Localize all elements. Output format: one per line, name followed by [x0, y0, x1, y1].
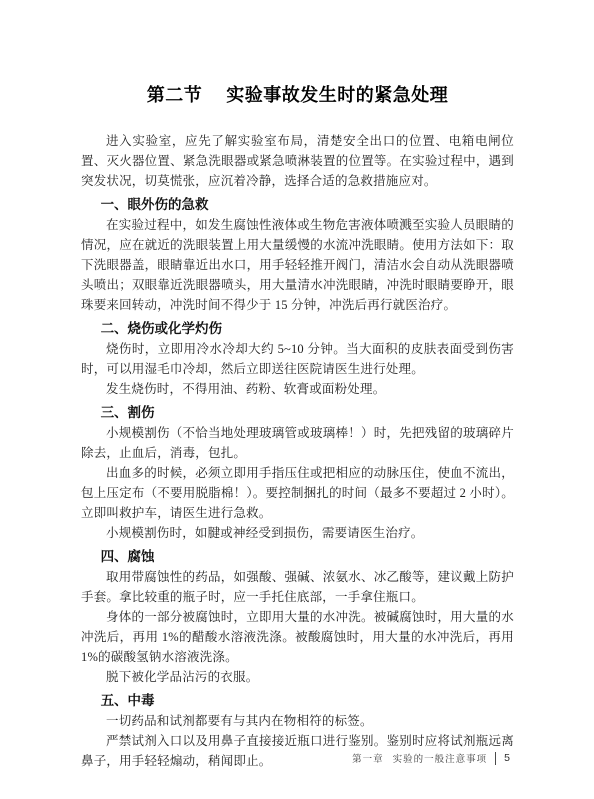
paragraph-burns-1: 烧伤时，立即用冷水冷却大约 5~10 分钟。当大面积的皮肤表面受到伤害时，可以用… [81, 339, 514, 379]
paragraph-corrosion-1: 取用带腐蚀性的药品，如强酸、强碱、浓氨水、冰乙酸等，建议戴上防护手套。拿比较重的… [81, 567, 514, 607]
subsection-heading-eye-injury: 一、眼外伤的急救 [81, 195, 514, 215]
subsection-heading-burns: 二、烧伤或化学灼伤 [81, 319, 514, 339]
paragraph-cuts-1: 小规模割伤（不恰当地处理玻璃管或玻璃棒！）时，先把残留的玻璃碎片除去，止血后，消… [81, 423, 514, 463]
subsection-heading-corrosion: 四、腐蚀 [81, 547, 514, 567]
paragraph-eye-injury-1: 在实验过程中，如发生腐蚀性液体或生物危害液体喷溅至实验人员眼睛的情况，应在就近的… [81, 215, 514, 315]
section-title-text: 实验事故发生时的紧急处理 [226, 85, 448, 105]
paragraph-burns-2: 发生烧伤时，不得用油、药粉、软膏或面粉处理。 [81, 379, 514, 399]
paragraph-cuts-2: 出血多的时候，必须立即用手指压住或把相应的动脉压住，使血不流出，包上压定布（不要… [81, 463, 514, 523]
footer-page-number: 5 [504, 752, 511, 764]
intro-paragraph: 进入实验室，应先了解实验室布局，清楚安全出口的位置、电箱电闸位置、灭火器位置、紧… [81, 131, 514, 191]
paragraph-corrosion-3: 脱下被化学品沾污的衣服。 [81, 667, 514, 687]
subsection-heading-poisoning: 五、中毒 [81, 691, 514, 711]
footer-chapter-title: 实验的一般注意事项 [393, 751, 488, 765]
paragraph-cuts-3: 小规模割伤时，如腱或神经受到损伤，需要请医生治疗。 [81, 523, 514, 543]
paragraph-corrosion-2: 身体的一部分被腐蚀时，立即用大量的水冲洗。被碱腐蚀时，用大量的水冲洗后，再用 1… [81, 607, 514, 667]
footer-divider [495, 752, 496, 765]
page-footer: 第一章 实验的一般注意事项 5 [0, 751, 594, 765]
paragraph-poisoning-1: 一切药品和试剂都要有与其内在物相符的标签。 [81, 711, 514, 731]
page-content: 第二节实验事故发生时的紧急处理 进入实验室，应先了解实验室布局，清楚安全出口的位… [81, 0, 514, 771]
section-title-number: 第二节 [147, 85, 203, 105]
subsection-heading-cuts: 三、割伤 [81, 403, 514, 423]
footer-chapter-label: 第一章 [352, 751, 384, 765]
section-title: 第二节实验事故发生时的紧急处理 [81, 84, 514, 106]
document-page: 第二节实验事故发生时的紧急处理 进入实验室，应先了解实验室布局，清楚安全出口的位… [0, 0, 594, 799]
